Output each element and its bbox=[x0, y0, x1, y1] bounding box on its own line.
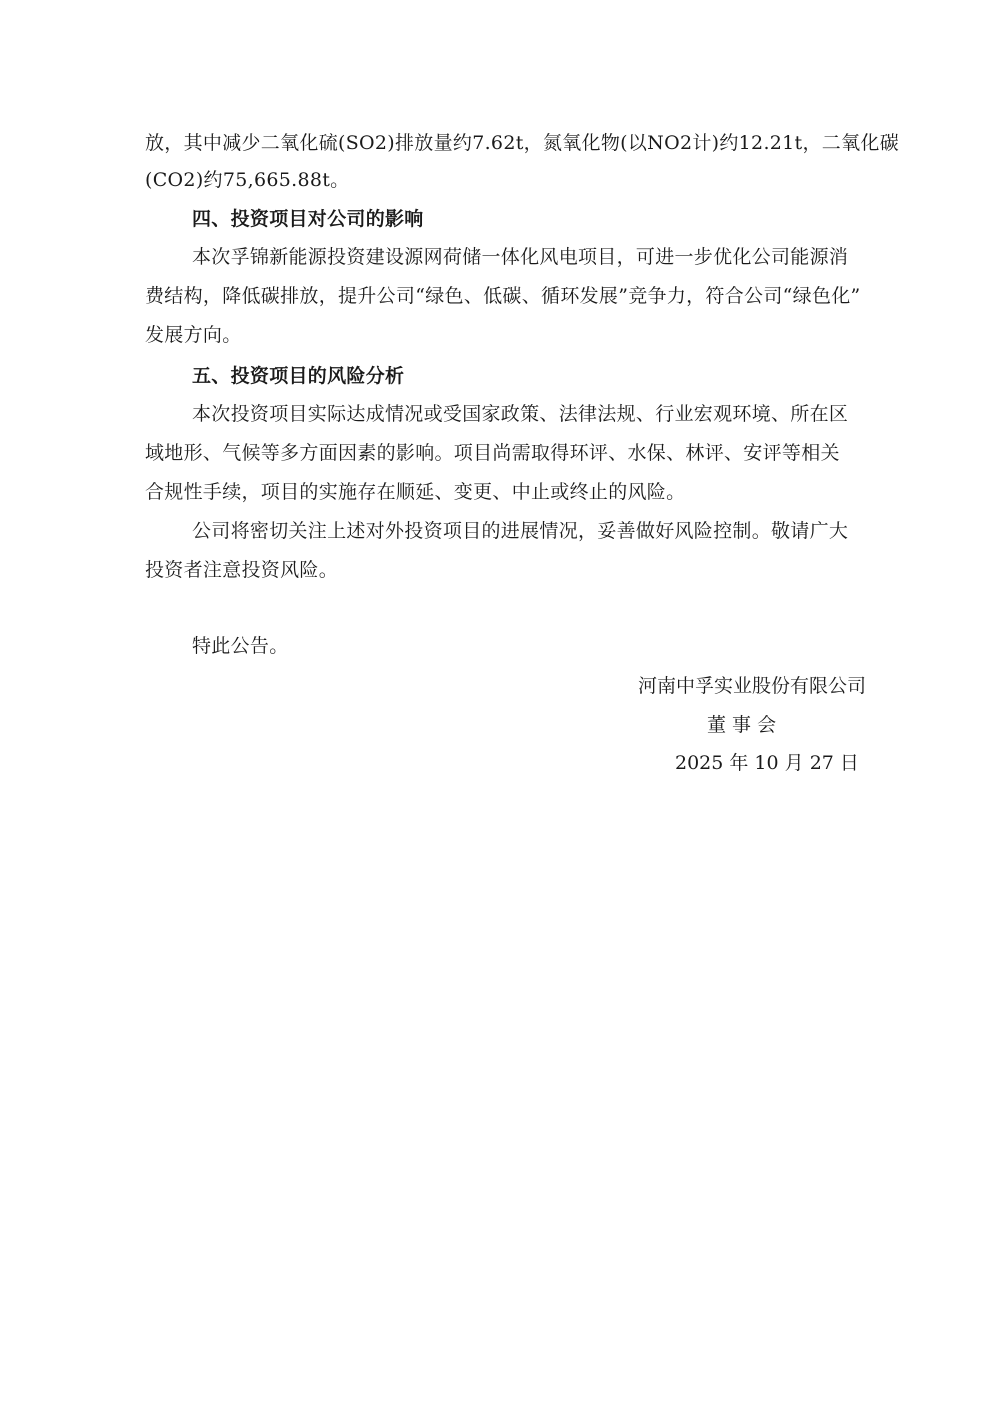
section-4-line-3: 发展方向。 bbox=[145, 323, 885, 347]
announcement-text: 特此公告。 bbox=[192, 634, 932, 658]
document-page: 放，其中减少二氧化硫(SO2)排放量约7.62t，氮氧化物(以NO2计)约12.… bbox=[0, 0, 1000, 1414]
section-4-line-2: 费结构，降低碳排放，提升公司“绿色、低碳、循环发展”竞争力，符合公司“绿色化” bbox=[145, 284, 885, 308]
section-5-line-2: 域地形、气候等多方面因素的影响。项目尚需取得环评、水保、林评、安评等相关 bbox=[145, 441, 885, 465]
emissions-line-2: (CO2)约75,665.88t。 bbox=[145, 168, 885, 192]
section-4-line-1: 本次孚锦新能源投资建设源网荷储一体化风电项目，可进一步优化公司能源消 bbox=[192, 245, 932, 269]
section-5-line-1: 本次投资项目实际达成情况或受国家政策、法律法规、行业宏观环境、所在区 bbox=[192, 402, 932, 426]
section-5-heading: 五、投资项目的风险分析 bbox=[192, 364, 932, 388]
section-4-heading: 四、投资项目对公司的影响 bbox=[192, 207, 932, 231]
closing-line-2: 投资者注意投资风险。 bbox=[145, 558, 885, 582]
emissions-line-1: 放，其中减少二氧化硫(SO2)排放量约7.62t，氮氧化物(以NO2计)约12.… bbox=[145, 131, 885, 155]
signature-date: 2025 年 10 月 27 日 bbox=[675, 751, 859, 775]
closing-line-1: 公司将密切关注上述对外投资项目的进展情况，妥善做好风险控制。敬请广大 bbox=[192, 519, 932, 543]
section-5-line-3: 合规性手续，项目的实施存在顺延、变更、中止或终止的风险。 bbox=[145, 480, 885, 504]
signature-board: 董 事 会 bbox=[707, 713, 776, 737]
signature-company: 河南中孚实业股份有限公司 bbox=[638, 674, 866, 698]
